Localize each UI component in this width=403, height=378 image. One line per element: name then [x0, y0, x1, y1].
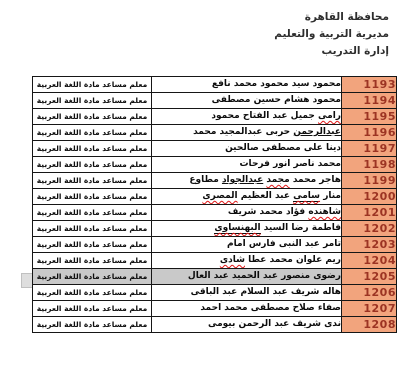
- name-cell: ندى شريف عبد الرحمن بيومى: [152, 317, 342, 333]
- serial-cell: 1206: [342, 285, 397, 301]
- name-cell: رضوى منصور عبد الحميد عبد العال: [152, 269, 342, 285]
- serial-cell: 1201: [342, 205, 397, 221]
- table-row: 1206 هاله شريف عبد السلام عبد الباقى معل…: [33, 285, 397, 301]
- header-directorate: مديرية التربية والتعليم: [274, 26, 389, 43]
- name-cell: محمود هشام حسين مصطفى: [152, 93, 342, 109]
- serial-cell: 1204: [342, 253, 397, 269]
- title-cell: معلم مساعد مادة اللغة العربية: [33, 77, 152, 93]
- name-cell: محمود سيد محمود محمد نافع: [152, 77, 342, 93]
- table-row: 1194 محمود هشام حسين مصطفى معلم مساعد ما…: [33, 93, 397, 109]
- title-cell: معلم مساعد مادة اللغة العربية: [33, 173, 152, 189]
- table-row: 1203 تامر عبد النبى فارس امام معلم مساعد…: [33, 237, 397, 253]
- serial-cell: 1202: [342, 221, 397, 237]
- title-cell: معلم مساعد مادة اللغة العربية: [33, 205, 152, 221]
- table-row: 1197 دينا على مصطفى صالحين معلم مساعد ما…: [33, 141, 397, 157]
- title-cell: معلم مساعد مادة اللغة العربية: [33, 301, 152, 317]
- name-cell: دينا على مصطفى صالحين: [152, 141, 342, 157]
- serial-cell: 1205: [342, 269, 397, 285]
- table-row: 1204 ريم علوان محمد عطا شادى معلم مساعد …: [33, 253, 397, 269]
- title-cell: معلم مساعد مادة اللغة العربية: [33, 221, 152, 237]
- table-row: 1207 صفاء صلاح مصطفى محمد احمد معلم مساع…: [33, 301, 397, 317]
- title-cell: معلم مساعد مادة اللغة العربية: [33, 285, 152, 301]
- name-cell: هاله شريف عبد السلام عبد الباقى: [152, 285, 342, 301]
- header-governorate: محافظة القاهرة: [274, 9, 389, 26]
- title-cell: معلم مساعد مادة اللغة العربية: [33, 93, 152, 109]
- name-cell: تامر عبد النبى فارس امام: [152, 237, 342, 253]
- table-row: 1200 منار سامى عبد العظيم المصرى معلم مس…: [33, 189, 397, 205]
- serial-cell: 1208: [342, 317, 397, 333]
- table-row: 1202 فاطمة رضا السيد البهنساوى معلم مساع…: [33, 221, 397, 237]
- table-row: 1201 شاهنده فؤاد محمد شريف معلم مساعد ما…: [33, 205, 397, 221]
- serial-cell: 1193: [342, 77, 397, 93]
- serial-cell: 1207: [342, 301, 397, 317]
- serial-cell: 1200: [342, 189, 397, 205]
- title-cell: معلم مساعد مادة اللغة العربية: [33, 141, 152, 157]
- name-cell: شاهنده فؤاد محمد شريف: [152, 205, 342, 221]
- document-header: محافظة القاهرة مديرية التربية والتعليم إ…: [274, 9, 389, 60]
- table-row: 1198 محمد ناصر انور فرحات معلم مساعد ماد…: [33, 157, 397, 173]
- table-row: 1205 رضوى منصور عبد الحميد عبد العال معل…: [33, 269, 397, 285]
- title-cell: معلم مساعد مادة اللغة العربية: [33, 317, 152, 333]
- table-row: 1195 رامى جميل عبد الفتاح محمود معلم مسا…: [33, 109, 397, 125]
- document-page: محافظة القاهرة مديرية التربية والتعليم إ…: [0, 0, 403, 378]
- serial-cell: 1195: [342, 109, 397, 125]
- table-row: 1193 محمود سيد محمود محمد نافع معلم مساع…: [33, 77, 397, 93]
- table-row: 1208 ندى شريف عبد الرحمن بيومى معلم مساع…: [33, 317, 397, 333]
- title-cell: معلم مساعد مادة اللغة العربية: [33, 237, 152, 253]
- teacher-roster-table: 1193 محمود سيد محمود محمد نافع معلم مساع…: [32, 76, 397, 333]
- name-cell: عبدالرحمن حربى عبدالمجيد محمد: [152, 125, 342, 141]
- title-cell: معلم مساعد مادة اللغة العربية: [33, 253, 152, 269]
- name-cell: رامى جميل عبد الفتاح محمود: [152, 109, 342, 125]
- name-cell: صفاء صلاح مصطفى محمد احمد: [152, 301, 342, 317]
- title-cell: معلم مساعد مادة اللغة العربية: [33, 157, 152, 173]
- title-cell: معلم مساعد مادة اللغة العربية: [33, 109, 152, 125]
- name-cell: منار سامى عبد العظيم المصرى: [152, 189, 342, 205]
- title-cell: معلم مساعد مادة اللغة العربية: [33, 269, 152, 285]
- serial-cell: 1197: [342, 141, 397, 157]
- roster-rows: 1193 محمود سيد محمود محمد نافع معلم مساع…: [33, 77, 397, 333]
- header-administration: إدارة التدريب: [274, 43, 389, 60]
- serial-cell: 1199: [342, 173, 397, 189]
- name-cell: ريم علوان محمد عطا شادى: [152, 253, 342, 269]
- serial-cell: 1196: [342, 125, 397, 141]
- serial-cell: 1194: [342, 93, 397, 109]
- serial-cell: 1203: [342, 237, 397, 253]
- serial-cell: 1198: [342, 157, 397, 173]
- name-cell: محمد ناصر انور فرحات: [152, 157, 342, 173]
- name-cell: هاجر محمد مجمد عبدالجواد مطاوع: [152, 173, 342, 189]
- table-row: 1196 عبدالرحمن حربى عبدالمجيد محمد معلم …: [33, 125, 397, 141]
- name-cell: فاطمة رضا السيد البهنساوى: [152, 221, 342, 237]
- table-row: 1199 هاجر محمد مجمد عبدالجواد مطاوع معلم…: [33, 173, 397, 189]
- title-cell: معلم مساعد مادة اللغة العربية: [33, 125, 152, 141]
- title-cell: معلم مساعد مادة اللغة العربية: [33, 189, 152, 205]
